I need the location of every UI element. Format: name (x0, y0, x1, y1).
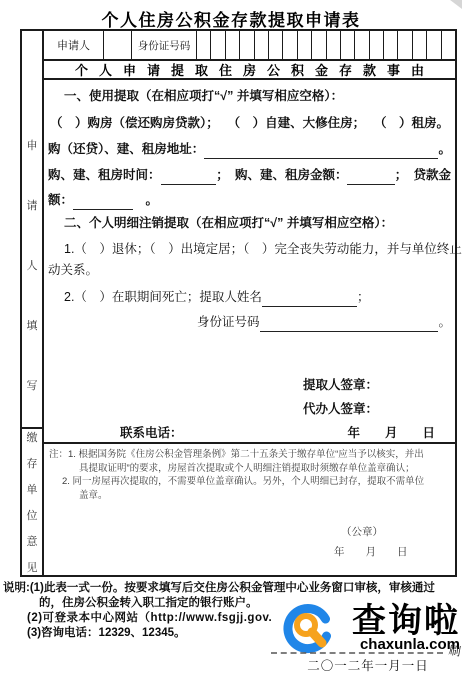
unit-note-line3: 2. 同一房屋再次提取的，不需要单位盖章确认。另外，个人明细已封存，提取不需单位 (47, 475, 452, 489)
cancel-item1-line2: 动关系。 (48, 261, 451, 280)
id-digit-cell[interactable] (226, 31, 240, 59)
option-purchase-house[interactable]: （ ）购房（偿还购房贷款）； (50, 114, 219, 133)
section-header: 个人申请提取住房公积金存款事由 (44, 61, 455, 80)
application-form-table: 申请人填写 缴存单位意见 申请人 身份证号码 个人申请提取住房公积金存款事由 一… (20, 29, 457, 577)
option-build-repair-house[interactable]: （ ）自建、大修住房； (228, 114, 366, 133)
amount-separator: ； (395, 166, 414, 185)
loan-period: 。 (133, 191, 158, 210)
time-separator: ； (216, 166, 235, 185)
loan-label-part1: 贷款金 (413, 166, 451, 185)
claimant-seal-label: 提取人签章： (303, 376, 378, 395)
applicant-label: 申请人 (44, 31, 104, 59)
obscured-printer-line (271, 652, 443, 654)
claimant-id-field[interactable] (260, 317, 439, 332)
unit-date-label: 年 月 日 (334, 546, 408, 560)
loan-wrap-line: 额： 。 (48, 191, 451, 210)
address-label: 购（还贷）、建、租房地址： (48, 140, 204, 159)
unit-note-line4: 盖章。 (47, 489, 452, 503)
time-amount-line: 购、建、租房时间： ； 购、建、租房金额： ； 贷款金 (48, 166, 451, 185)
applicant-name-cell[interactable] (104, 31, 132, 59)
unit-opinion-vertical-label: 缴存单位意见 (22, 429, 42, 575)
id-digit-cell[interactable] (327, 31, 341, 59)
cancel-item1-line1[interactable]: 1.（ ）退休；（ ）出境定居；（ ）完全丧失劳动能力，并与单位终止劳 (48, 240, 451, 259)
contact-phone-label: 联系电话： (120, 424, 183, 443)
form-issue-date: 二〇一二年一月一日 (298, 656, 438, 674)
option-rent-house[interactable]: （ ）租房。 (374, 114, 449, 133)
instruction-line1: 说明:(1)此表一式一份。按要求填写后交住房公积金管理中心业务窗口审核，审核通过 (3, 581, 459, 596)
id-digit-cell[interactable] (370, 31, 384, 59)
id-digit-cells (197, 31, 455, 59)
unit-note-line2: 具提取证明”的要求，房屋首次提取或个人明细注销提取时须缴存单位盖章确认； (47, 462, 452, 476)
cancel-item2-line: 2.（ ）在职期间死亡；提取人姓名 ； (48, 288, 451, 307)
form-main-column: 申请人 身份证号码 个人申请提取住房公积金存款事由 一、使用提取（在相应项打“√… (44, 31, 455, 575)
applicant-id-row: 申请人 身份证号码 (44, 31, 455, 61)
signature-date-label: 年 月 日 (347, 424, 435, 443)
id-digit-cell[interactable] (197, 31, 211, 59)
unit-opinion-cell: 注：1. 根据国务院《住房公积金管理条例》第二十五条关于缴存单位“应当予以核实，… (44, 444, 455, 575)
id-digit-cell[interactable] (413, 31, 427, 59)
id-number-label: 身份证号码 (132, 31, 197, 59)
id-digit-cell[interactable] (211, 31, 225, 59)
unit-note-line1: 注：1. 根据国务院《住房公积金管理条例》第二十五条关于缴存单位“应当予以核实，… (47, 448, 452, 462)
chaxunla-watermark: 查询啦 chaxunla.com (281, 603, 462, 653)
amount-label: 购、建、租房金额： (235, 166, 348, 185)
cancel-item2-prefix[interactable]: 2.（ ）在职期间死亡；提取人姓名 (64, 288, 262, 307)
id-digit-cell[interactable] (298, 31, 312, 59)
page-title: 个人住房公积金存款提取申请表 (0, 6, 462, 31)
official-seal-label: （公章） (341, 526, 383, 540)
watermark-text: 查询啦 chaxunla.com (334, 603, 462, 652)
watermark-domain: chaxunla.com (360, 638, 460, 652)
address-line: 购（还贷）、建、租房地址： 。 (48, 140, 451, 159)
id-digit-cell[interactable] (240, 31, 254, 59)
amount-field[interactable] (347, 170, 394, 185)
id-digit-cell[interactable] (442, 31, 455, 59)
address-period: 。 (438, 140, 451, 159)
left-vertical-column: 申请人填写 缴存单位意见 (22, 31, 44, 575)
chaxunla-logo-icon (281, 603, 334, 656)
section1-heading: 一、使用提取（在相应项打“√” 并填写相应空格）： (48, 87, 451, 106)
id-digit-cell[interactable] (269, 31, 283, 59)
claimant-name-field[interactable] (262, 292, 357, 307)
cancel-item2-separator: ； (357, 288, 370, 307)
id-digit-cell[interactable] (255, 31, 269, 59)
form-body: 一、使用提取（在相应项打“√” 并填写相应空格）： （ ）购房（偿还购房贷款）；… (44, 80, 455, 444)
loan-label-part2: 额： (48, 191, 73, 210)
claimant-id-period: 。 (438, 313, 451, 332)
agent-seal-label: 代办人签章： (303, 400, 378, 419)
time-field[interactable] (161, 170, 217, 185)
obscured-text-fragment: 刷 (448, 641, 462, 660)
section1-options: （ ）购房（偿还购房贷款）； （ ）自建、大修住房； （ ）租房。 (48, 114, 451, 133)
loan-amount-field[interactable] (73, 195, 133, 210)
id-digit-cell[interactable] (398, 31, 412, 59)
section2-heading: 二、个人明细注销提取（在相应项打“√” 并填写相应空格）： (48, 214, 451, 233)
application-form-page: 个人住房公积金存款提取申请表 申请人填写 缴存单位意见 申请人 身份证号码 个人… (0, 0, 462, 685)
id-digit-cell[interactable] (312, 31, 326, 59)
id-digit-cell[interactable] (283, 31, 297, 59)
id-digit-cell[interactable] (341, 31, 355, 59)
address-field[interactable] (204, 144, 438, 159)
claimant-id-line: 身份证号码 。 (48, 313, 451, 332)
watermark-brand-name: 查询啦 (352, 603, 460, 640)
id-digit-cell[interactable] (427, 31, 441, 59)
claimant-id-label: 身份证号码 (197, 313, 260, 332)
id-digit-cell[interactable] (384, 31, 398, 59)
id-digit-cell[interactable] (355, 31, 369, 59)
applicant-fill-vertical-label: 申请人填写 (22, 31, 42, 429)
time-label: 购、建、租房时间： (48, 166, 161, 185)
